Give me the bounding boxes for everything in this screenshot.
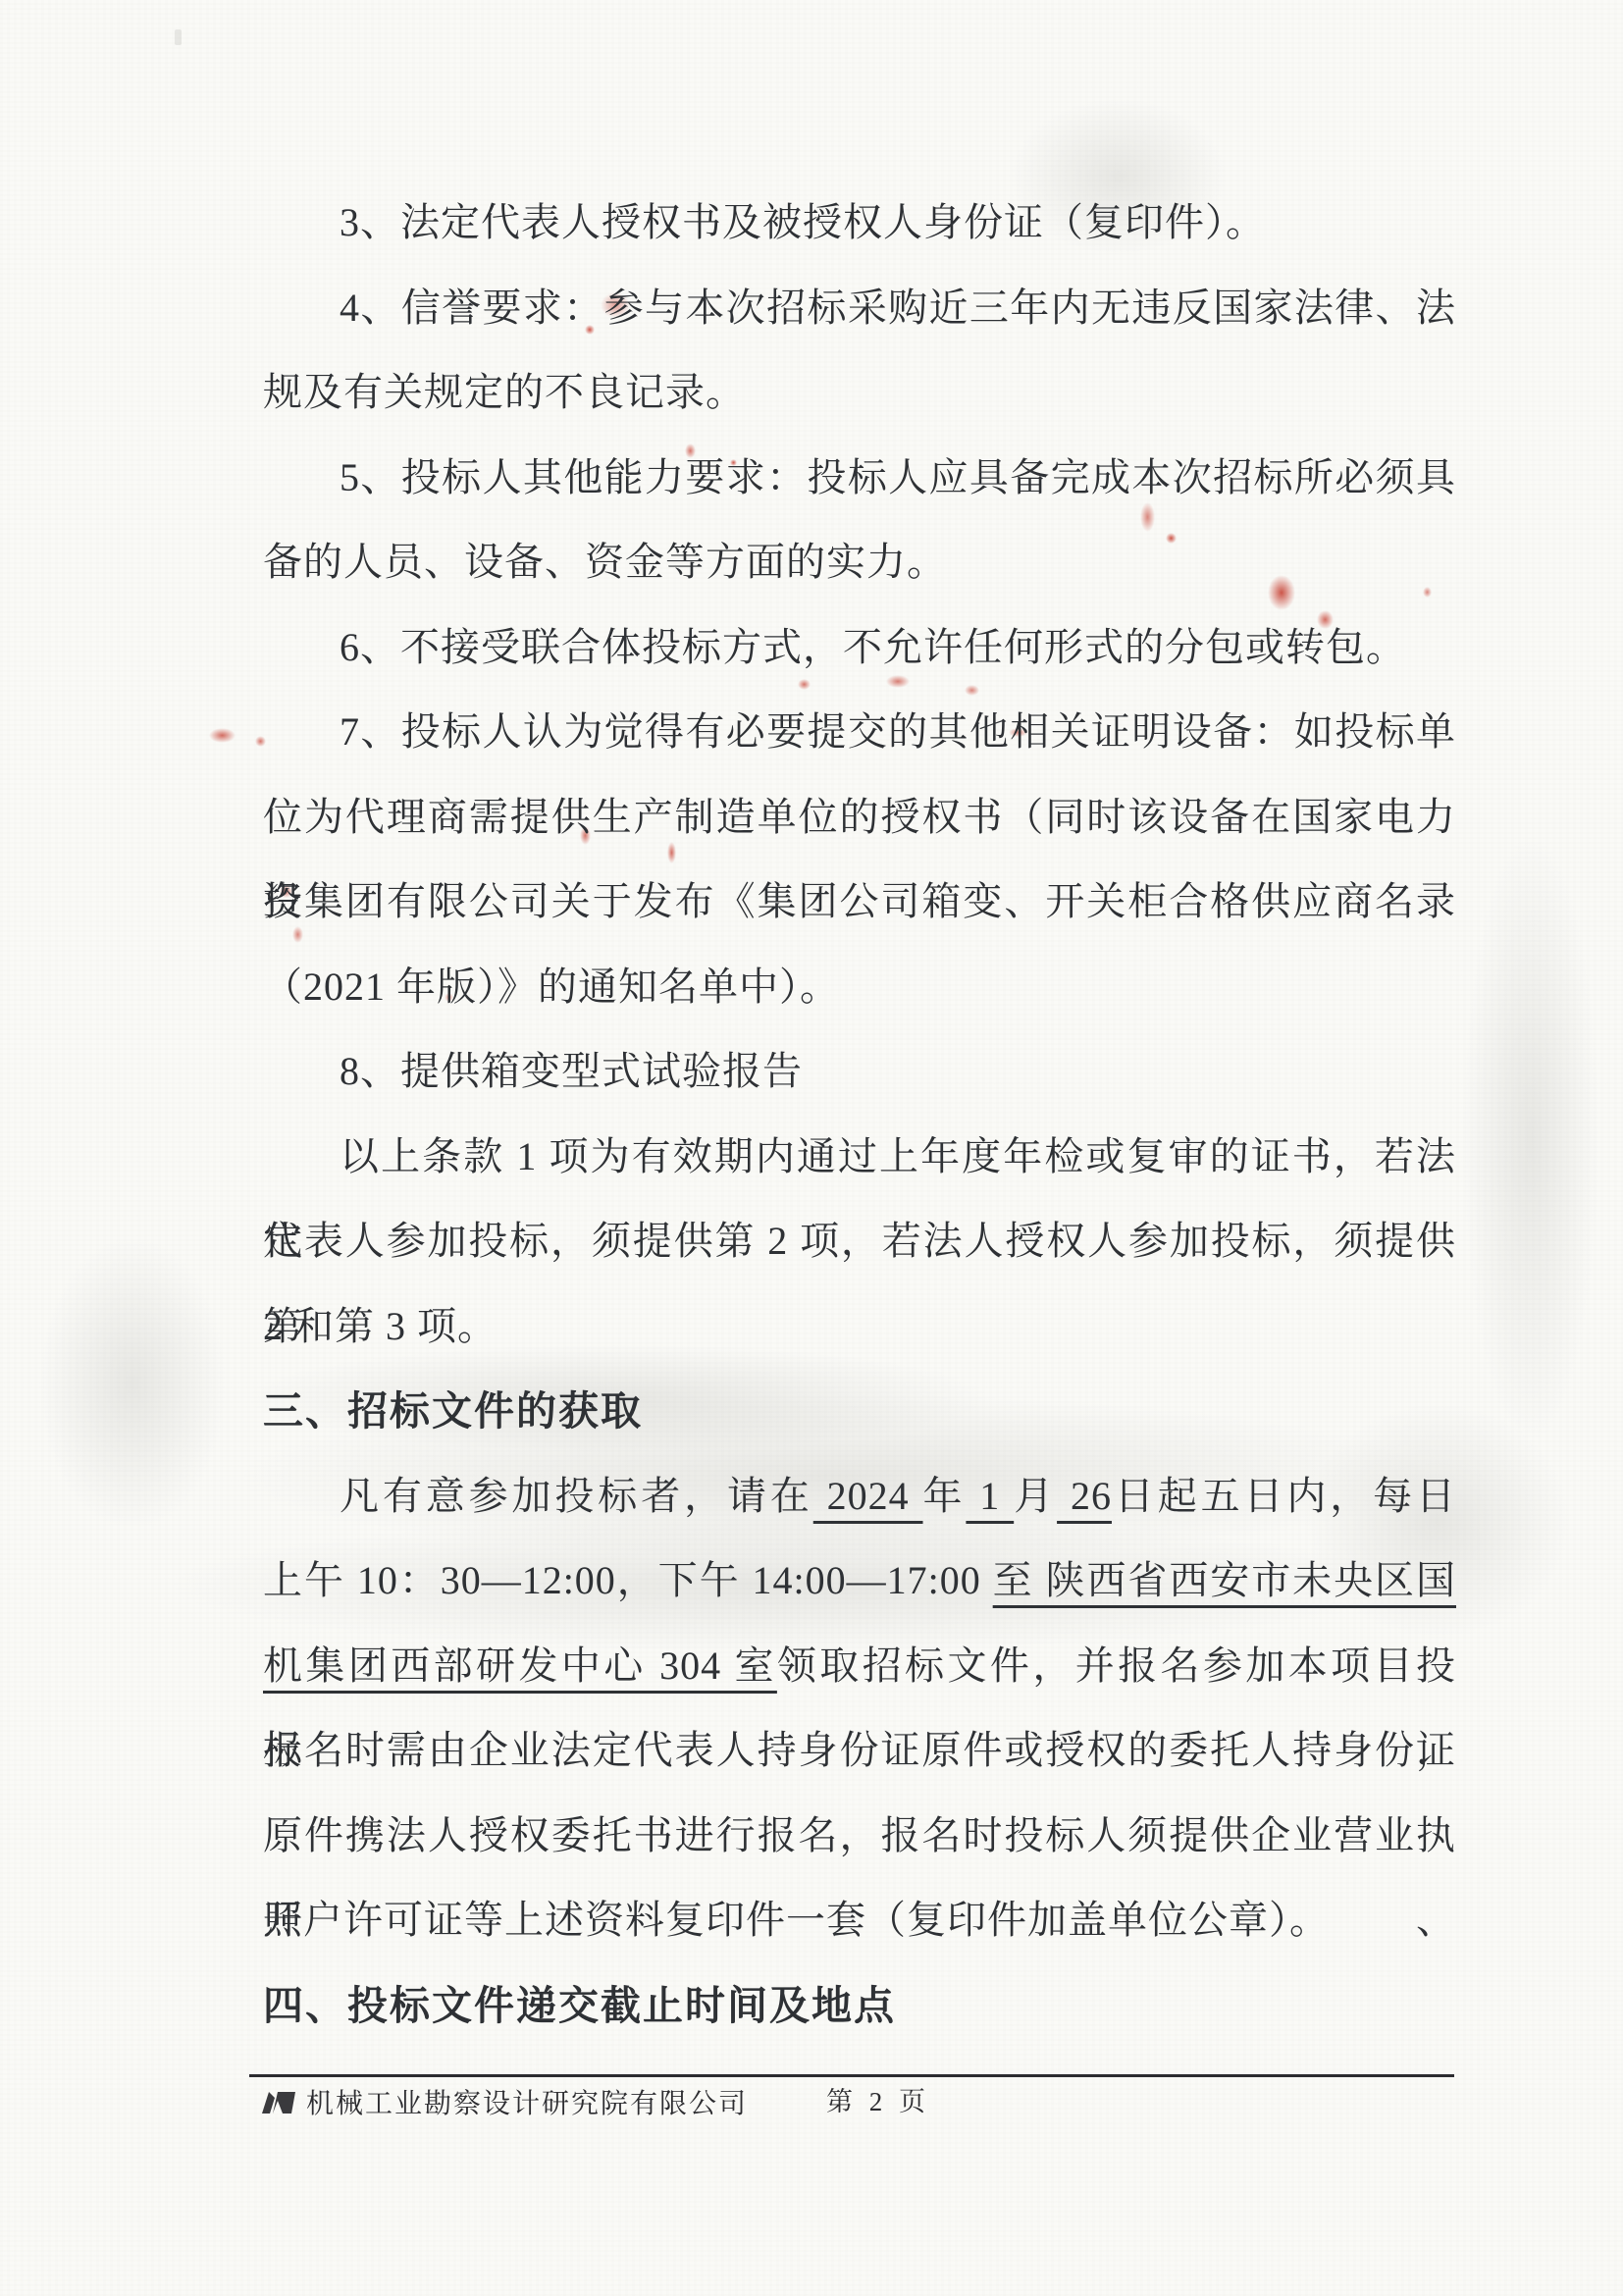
text-line: 3、法定代表人授权书及被授权人身份证（复印件）。 xyxy=(263,181,1456,266)
scan-blotch xyxy=(1462,834,1599,1442)
text-segment: 四、投标文件递交截止时间及地点 xyxy=(263,1983,896,2028)
underlined-field: 2024 xyxy=(813,1474,923,1518)
text-line: 报名时需由企业法定代表人持身份证原件或授权的委托人持身份证 xyxy=(263,1708,1456,1794)
text-segment: 年 xyxy=(923,1474,967,1518)
text-segment: 日起五日内，每日 xyxy=(1112,1474,1456,1518)
text-segment: 4、信誉要求：参与本次招标采购近三年内无违反国家法律、法 xyxy=(340,286,1456,330)
text-line: 代表人参加投标，须提供第 2 项，若法人授权人参加投标，须提供第 xyxy=(263,1199,1456,1284)
scanned-tender-document-page: { "page": { "background": "#fafaf7", "in… xyxy=(0,0,1623,2296)
text-segment: 资集团有限公司关于发布《集团公司箱变、开关柜合格供应商名录 xyxy=(263,879,1456,923)
text-segment: 规及有关规定的不良记录。 xyxy=(263,370,746,414)
underlined-field: 1 xyxy=(966,1474,1014,1518)
text-line: （2021 年版）》的通知名单中）。 xyxy=(263,945,1456,1030)
mountain-logo-icon xyxy=(261,2089,296,2115)
text-line: 6、不接受联合体投标方式，不允许任何形式的分包或转包。 xyxy=(263,605,1456,691)
underlined-field: 机集团西部研发中心 304 室 xyxy=(263,1644,777,1688)
text-line: 备的人员、设备、资金等方面的实力。 xyxy=(263,520,1456,605)
text-segment: 凡有意参加投标者，请在 xyxy=(340,1474,813,1518)
text-segment: 2 和第 3 项。 xyxy=(263,1304,497,1348)
text-line: 4、信誉要求：参与本次招标采购近三年内无违反国家法律、法 xyxy=(263,266,1456,351)
text-segment: 开户许可证等上述资料复印件一套（复印件加盖单位公章）。 xyxy=(263,1898,1330,1942)
text-segment: 6、不接受联合体投标方式，不允许任何形式的分包或转包。 xyxy=(340,625,1406,669)
text-line: 位为代理商需提供生产制造单位的授权书（同时该设备在国家电力投 xyxy=(263,775,1456,861)
underlined-field: 至 陕西省西安市未央区国 xyxy=(993,1558,1456,1602)
text-line: 机集团西部研发中心 304 室领取招标文件，并报名参加本项目投标， xyxy=(263,1624,1456,1709)
text-segment: 三、招标文件的获取 xyxy=(263,1388,643,1434)
text-line: 规及有关规定的不良记录。 xyxy=(263,350,1456,436)
text-segment: 7、投标人认为觉得有必要提交的其他相关证明设备：如投标单 xyxy=(340,709,1456,754)
section-heading: 三、招标文件的获取 xyxy=(263,1369,1456,1454)
text-segment: 月 xyxy=(1014,1474,1057,1518)
scan-smudge xyxy=(175,29,182,45)
text-segment: 上午 10：30—12:00，下午 14:00—17:00 xyxy=(263,1558,993,1602)
document-body: 3、法定代表人授权书及被授权人身份证（复印件）。4、信誉要求：参与本次招标采购近… xyxy=(263,181,1456,2048)
text-line: 2 和第 3 项。 xyxy=(263,1284,1456,1370)
footer-page-number: 第 2 页 xyxy=(826,2082,930,2121)
section-heading: 四、投标文件递交截止时间及地点 xyxy=(263,1963,1456,2049)
text-line: 上午 10：30—12:00，下午 14:00—17:00 至 陕西省西安市未央… xyxy=(263,1539,1456,1624)
text-segment: 报名时需由企业法定代表人持身份证原件或授权的委托人持身份证 xyxy=(263,1728,1456,1772)
text-line: 开户许可证等上述资料复印件一套（复印件加盖单位公章）。 xyxy=(263,1878,1456,1963)
ink-speck xyxy=(209,728,236,743)
text-line: 资集团有限公司关于发布《集团公司箱变、开关柜合格供应商名录 xyxy=(263,860,1456,945)
footer-divider xyxy=(249,2074,1454,2077)
text-segment: 5、投标人其他能力要求：投标人应具备完成本次招标所必须具 xyxy=(340,455,1456,499)
text-segment: 3、法定代表人授权书及被授权人身份证（复印件）。 xyxy=(340,200,1266,244)
text-line: 以上条款 1 项为有效期内通过上年度年检或复审的证书，若法定 xyxy=(263,1115,1456,1200)
text-segment: 备的人员、设备、资金等方面的实力。 xyxy=(263,540,947,584)
underlined-field: 26 xyxy=(1057,1474,1112,1518)
text-line: 7、投标人认为觉得有必要提交的其他相关证明设备：如投标单 xyxy=(263,690,1456,775)
footer: 机械工业勘察设计研究院有限公司 xyxy=(261,2082,748,2121)
text-line: 5、投标人其他能力要求：投标人应具备完成本次招标所必须具 xyxy=(263,436,1456,521)
footer-company-name: 机械工业勘察设计研究院有限公司 xyxy=(306,2082,748,2121)
text-segment: 8、提供箱变型式试验报告 xyxy=(340,1049,803,1093)
text-segment: （2021 年版）》的通知名单中）。 xyxy=(263,965,840,1009)
text-line: 8、提供箱变型式试验报告 xyxy=(263,1029,1456,1115)
text-line: 凡有意参加投标者，请在 2024 年 1 月 26日起五日内，每日 xyxy=(263,1454,1456,1539)
text-line: 原件携法人授权委托书进行报名，报名时投标人须提供企业营业执照、 xyxy=(263,1794,1456,1879)
scan-blotch xyxy=(39,1236,226,1531)
